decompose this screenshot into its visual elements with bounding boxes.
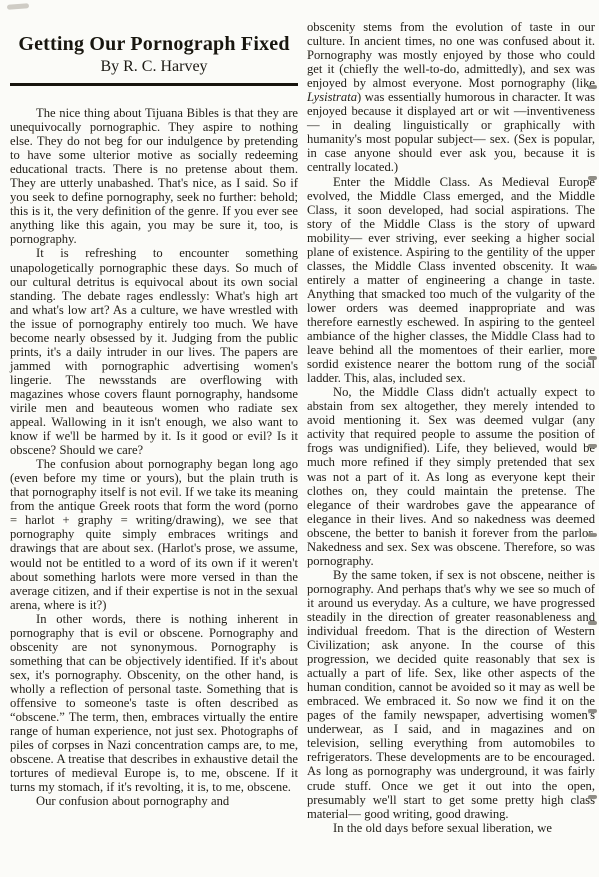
title-rule xyxy=(10,83,298,86)
paragraph: By the same token, if sex is not obscene… xyxy=(307,568,595,821)
scan-mark xyxy=(588,533,597,537)
paragraph-continuation: obscenity stems from the evolution of ta… xyxy=(307,20,595,175)
continuation-text-pre: obscenity stems from the evolution of ta… xyxy=(307,20,595,90)
page-title: Getting Our Pornograph Fixed xyxy=(10,33,298,55)
scan-mark xyxy=(588,85,597,89)
italic-term: Lysistrata xyxy=(307,90,357,104)
paragraph: The nice thing about Tijuana Bibles is t… xyxy=(10,106,298,246)
scan-mark xyxy=(588,621,597,625)
scan-mark xyxy=(588,356,597,360)
scan-mark xyxy=(588,709,597,713)
paragraph: Enter the Middle Class. As Medieval Euro… xyxy=(307,175,595,386)
scan-mark xyxy=(588,795,597,799)
scan-mark xyxy=(588,444,597,448)
article-page: Getting Our Pornograph Fixed By R. C. Ha… xyxy=(0,0,599,835)
paragraph: Our confusion about pornography and xyxy=(10,794,298,808)
document-page: { "article": { "title": "Getting Our Por… xyxy=(0,0,599,877)
paragraph: In the old days before sexual liberation… xyxy=(307,821,595,835)
scan-mark xyxy=(588,176,597,180)
article-header: Getting Our Pornograph Fixed By R. C. Ha… xyxy=(10,20,298,86)
paragraph: No, the Middle Class didn't actually exp… xyxy=(307,385,595,568)
article-column-right: obscenity stems from the evolution of ta… xyxy=(307,20,595,835)
paragraph: The confusion about pornography began lo… xyxy=(10,457,298,612)
scan-mark xyxy=(588,266,597,270)
article-column-left: Getting Our Pornograph Fixed By R. C. Ha… xyxy=(10,20,298,835)
paragraph: It is refreshing to encounter something … xyxy=(10,246,298,457)
byline: By R. C. Harvey xyxy=(10,58,298,76)
paragraph: In other words, there is nothing inheren… xyxy=(10,612,298,795)
